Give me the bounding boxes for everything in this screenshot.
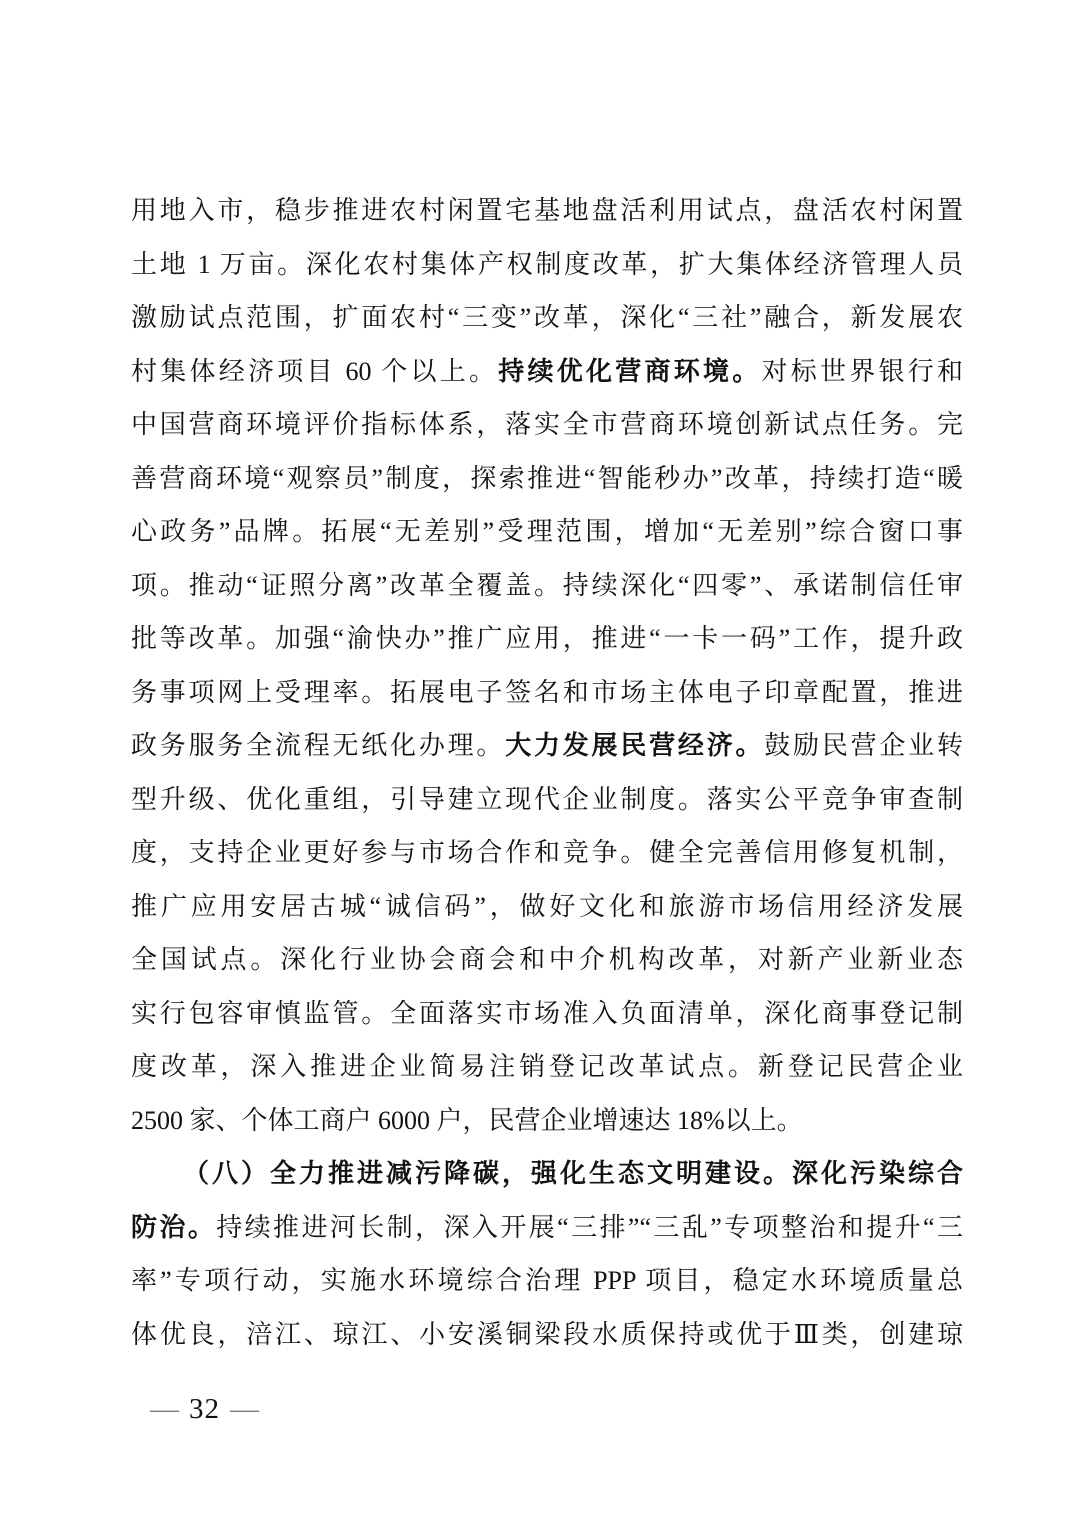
text-line-1: 用地入市，稳步推进农村闲置宅基地盘活利用试点，盘活农村闲置 [131, 184, 963, 238]
text-segment: 中国营商环境评价指标体系，落实全市营商环境创新试点任务。完 [131, 410, 963, 439]
text-segment: 度，支持企业更好参与市场合作和竞争。健全完善信用修复机制， [131, 838, 963, 867]
text-segment: 型升级、优化重组，引导建立现代企业制度。落实公平竞争审查制 [131, 785, 963, 814]
text-segment: 善营商环境“观察员”制度，探索推进“智能秒办”改革，持续打造“暖 [131, 464, 963, 493]
text-segment: 2500 家、个体工商户 6000 户，民营企业增速达 18%以上。 [131, 1106, 803, 1135]
bold-heading-segment: 持续优化营商环境。 [498, 357, 761, 386]
text-segment: 全国试点。深化行业协会商会和中介机构改革，对新产业新业态 [131, 945, 963, 974]
text-line-19: （八）全力推进减污降碳，强化生态文明建设。深化污染综合 [131, 1147, 963, 1201]
bold-heading-segment: 大力发展民营经济。 [505, 731, 764, 760]
bold-heading-segment: 深化污染综合 [792, 1159, 963, 1188]
bold-heading-segment: （八）全力推进减污降碳，强化生态文明建设。 [183, 1159, 792, 1188]
text-line-22: 体优良，涪江、琼江、小安溪铜梁段水质保持或优于Ⅲ类，创建琼 [131, 1308, 963, 1362]
text-line-11: 政务服务全流程无纸化办理。大力发展民营经济。鼓励民营企业转 [131, 719, 963, 773]
text-line-8: 项。推动“证照分离”改革全覆盖。持续深化“四零”、承诺制信任审 [131, 559, 963, 613]
footer-dash-left: — [150, 1393, 179, 1425]
text-segment: 村集体经济项目 60 个以上。 [131, 357, 498, 386]
text-line-14: 推广应用安居古城“诚信码”，做好文化和旅游市场信用经济发展 [131, 880, 963, 934]
text-segment: 持续推进河长制，深入开展“三排”“三乱”专项整治和提升“三 [216, 1213, 963, 1242]
text-line-15: 全国试点。深化行业协会商会和中介机构改革，对新产业新业态 [131, 933, 963, 987]
text-line-21: 率”专项行动，实施水环境综合治理 PPP 项目，稳定水环境质量总 [131, 1254, 963, 1308]
text-segment: 度改革，深入推进企业简易注销登记改革试点。新登记民营企业 [131, 1052, 963, 1081]
text-segment: 推广应用安居古城“诚信码”，做好文化和旅游市场信用经济发展 [131, 892, 963, 921]
text-segment: 土地 1 万亩。深化农村集体产权制度改革，扩大集体经济管理人员 [131, 250, 963, 279]
text-segment: 鼓励民营企业转 [764, 731, 963, 760]
text-line-9: 批等改革。加强“渝快办”推广应用，推进“一卡一码”工作，提升政 [131, 612, 963, 666]
text-line-12: 型升级、优化重组，引导建立现代企业制度。落实公平竞争审查制 [131, 773, 963, 827]
text-line-20: 防治。持续推进河长制，深入开展“三排”“三乱”专项整治和提升“三 [131, 1201, 963, 1255]
text-line-6: 善营商环境“观察员”制度，探索推进“智能秒办”改革，持续打造“暖 [131, 452, 963, 506]
text-line-3: 激励试点范围，扩面农村“三变”改革，深化“三社”融合，新发展农 [131, 291, 963, 345]
text-segment: 心政务”品牌。拓展“无差别”受理范围，增加“无差别”综合窗口事 [131, 517, 963, 546]
body-text: 用地入市，稳步推进农村闲置宅基地盘活利用试点，盘活农村闲置土地 1 万亩。深化农… [131, 184, 963, 1361]
footer-dash-right: — [230, 1393, 259, 1425]
text-segment: 激励试点范围，扩面农村“三变”改革，深化“三社”融合，新发展农 [131, 303, 963, 332]
text-segment: 项。推动“证照分离”改革全覆盖。持续深化“四零”、承诺制信任审 [131, 571, 963, 600]
page-number: 32 [179, 1393, 230, 1425]
text-segment: 实行包容审慎监管。全面落实市场准入负面清单，深化商事登记制 [131, 999, 963, 1028]
text-segment: 体优良，涪江、琼江、小安溪铜梁段水质保持或优于Ⅲ类，创建琼 [131, 1320, 963, 1349]
text-line-18: 2500 家、个体工商户 6000 户，民营企业增速达 18%以上。 [131, 1094, 963, 1148]
text-segment: 政务服务全流程无纸化办理。 [131, 731, 505, 760]
text-line-13: 度，支持企业更好参与市场合作和竞争。健全完善信用修复机制， [131, 826, 963, 880]
text-segment: 务事项网上受理率。拓展电子签名和市场主体电子印章配置，推进 [131, 678, 963, 707]
text-line-5: 中国营商环境评价指标体系，落实全市营商环境创新试点任务。完 [131, 398, 963, 452]
text-segment: 对标世界银行和 [761, 357, 963, 386]
text-line-2: 土地 1 万亩。深化农村集体产权制度改革，扩大集体经济管理人员 [131, 238, 963, 292]
page-footer: —32— [150, 1392, 259, 1426]
document-page: 用地入市，稳步推进农村闲置宅基地盘活利用试点，盘活农村闲置土地 1 万亩。深化农… [0, 0, 1074, 1520]
text-line-10: 务事项网上受理率。拓展电子签名和市场主体电子印章配置，推进 [131, 666, 963, 720]
text-segment: 批等改革。加强“渝快办”推广应用，推进“一卡一码”工作，提升政 [131, 624, 963, 653]
text-line-4: 村集体经济项目 60 个以上。持续优化营商环境。对标世界银行和 [131, 345, 963, 399]
text-line-17: 度改革，深入推进企业简易注销登记改革试点。新登记民营企业 [131, 1040, 963, 1094]
text-line-16: 实行包容审慎监管。全面落实市场准入负面清单，深化商事登记制 [131, 987, 963, 1041]
text-segment: 用地入市，稳步推进农村闲置宅基地盘活利用试点，盘活农村闲置 [131, 196, 963, 225]
bold-heading-segment: 防治。 [131, 1213, 216, 1242]
text-segment: 率”专项行动，实施水环境综合治理 PPP 项目，稳定水环境质量总 [131, 1266, 963, 1295]
text-line-7: 心政务”品牌。拓展“无差别”受理范围，增加“无差别”综合窗口事 [131, 505, 963, 559]
